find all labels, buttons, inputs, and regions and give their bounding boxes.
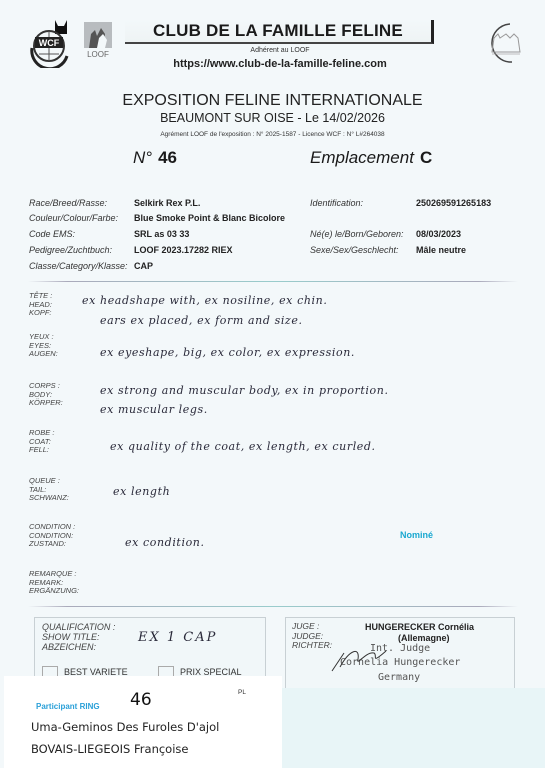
head-comment-2: ears ex placed, ex form and size. [100,314,303,327]
number-label: N° [133,148,152,167]
remark-labels: REMARQUE :REMARK:ERGÄNZUNG: [29,570,79,596]
qualification-value: EX 1 CAP [138,630,217,645]
participant-number: 46 [130,690,152,710]
identification-label: Identification: [310,198,363,208]
signature [330,645,390,678]
nomine-badge: Nominé [400,530,433,540]
svg-text:LOOF: LOOF [87,50,109,59]
website-link[interactable]: https://www.club-de-la-famille-feline.co… [125,58,435,70]
sex-value: Mâle neutre [416,245,466,255]
club-cat-logo [480,20,528,65]
identification-value: 250269591265183 [416,198,491,208]
pedigree-value: LOOF 2023.17282 RIEX [134,245,233,255]
emplacement-value: C [420,148,432,167]
eyes-comment: ex eyeshape, big, ex color, ex expressio… [100,346,355,359]
club-title: CLUB DE LA FAMILLE FELINE [125,20,434,44]
judge-labels: JUGE :JUDGE:RICHTER: [292,622,332,651]
exposition-title: EXPOSITION FELINE INTERNATIONALE [0,92,545,110]
judge-name: HUNGERECKER Cornélia [365,622,474,632]
emplacement-label: Emplacement [310,148,414,167]
adherent-text: Adhérent au LOOF [125,47,435,54]
cat-name: Uma-Geminos Des Furoles D'ajol [31,720,219,734]
breed-value: Selkirk Rex P.L. [134,198,200,208]
svg-text:WCF: WCF [39,38,60,48]
owner-name: BOVAIS-LIEGEOIS Françoise [31,742,188,756]
pl-label: PL [238,689,246,696]
colour-label: Couleur/Colour/Farbe: [29,213,118,223]
head-labels: TÊTE :HEAD:KOPF: [29,292,52,318]
eyes-labels: YEUX :EYES:AUGEN: [29,333,58,359]
breed-label: Race/Breed/Rasse: [29,198,107,208]
born-label: Né(e) le/Born/Geboren: [310,229,404,239]
born-value: 08/03/2023 [416,229,461,239]
judge-country: (Allemagne) [398,633,450,643]
ems-value: SRL as 03 33 [134,229,189,239]
colour-value: Blue Smoke Point & Blanc Bicolore [134,213,285,223]
divider [28,281,518,282]
catalog-number: N°46 [133,148,177,168]
sex-label: Sexe/Sex/Geschlecht: [310,245,399,255]
overlay-background [282,688,545,768]
condition-labels: CONDITION :CONDITION:ZUSTAND: [29,523,75,549]
coat-comment: ex quality of the coat, ex length, ex cu… [110,440,376,453]
class-value: CAP [134,261,153,271]
coat-labels: ROBE :COAT:FELL: [29,429,54,455]
tail-comment: ex length [113,485,170,498]
number-value: 46 [158,148,177,167]
participant-ring-label: Participant RING [36,702,100,711]
body-labels: CORPS :BODY:KÖRPER: [29,382,63,408]
loof-logo: LOOF [83,22,113,62]
wcf-logo: WCF [27,18,77,68]
class-label: Classe/Category/Klasse: [29,261,128,271]
ems-label: Code EMS: [29,229,75,239]
tail-labels: QUEUE :TAIL:SCHWANZ: [29,477,69,503]
pedigree-label: Pedigree/Zuchtbuch: [29,245,112,255]
body-comment-1: ex strong and muscular body, ex in propo… [100,384,389,397]
agrement-text: Agrément LOOF de l'exposition : N° 2025-… [0,131,545,138]
body-comment-2: ex muscular legs. [100,403,208,416]
qualification-labels: QUALIFICATION :SHOW TITLE:ABZEICHEN: [42,622,115,652]
divider [28,606,518,607]
condition-comment: ex condition. [125,536,205,549]
head-comment-1: ex headshape with, ex nosiline, ex chin. [82,294,327,307]
emplacement: EmplacementC [310,148,432,168]
exposition-subtitle: BEAUMONT SUR OISE - Le 14/02/2026 [0,111,545,125]
